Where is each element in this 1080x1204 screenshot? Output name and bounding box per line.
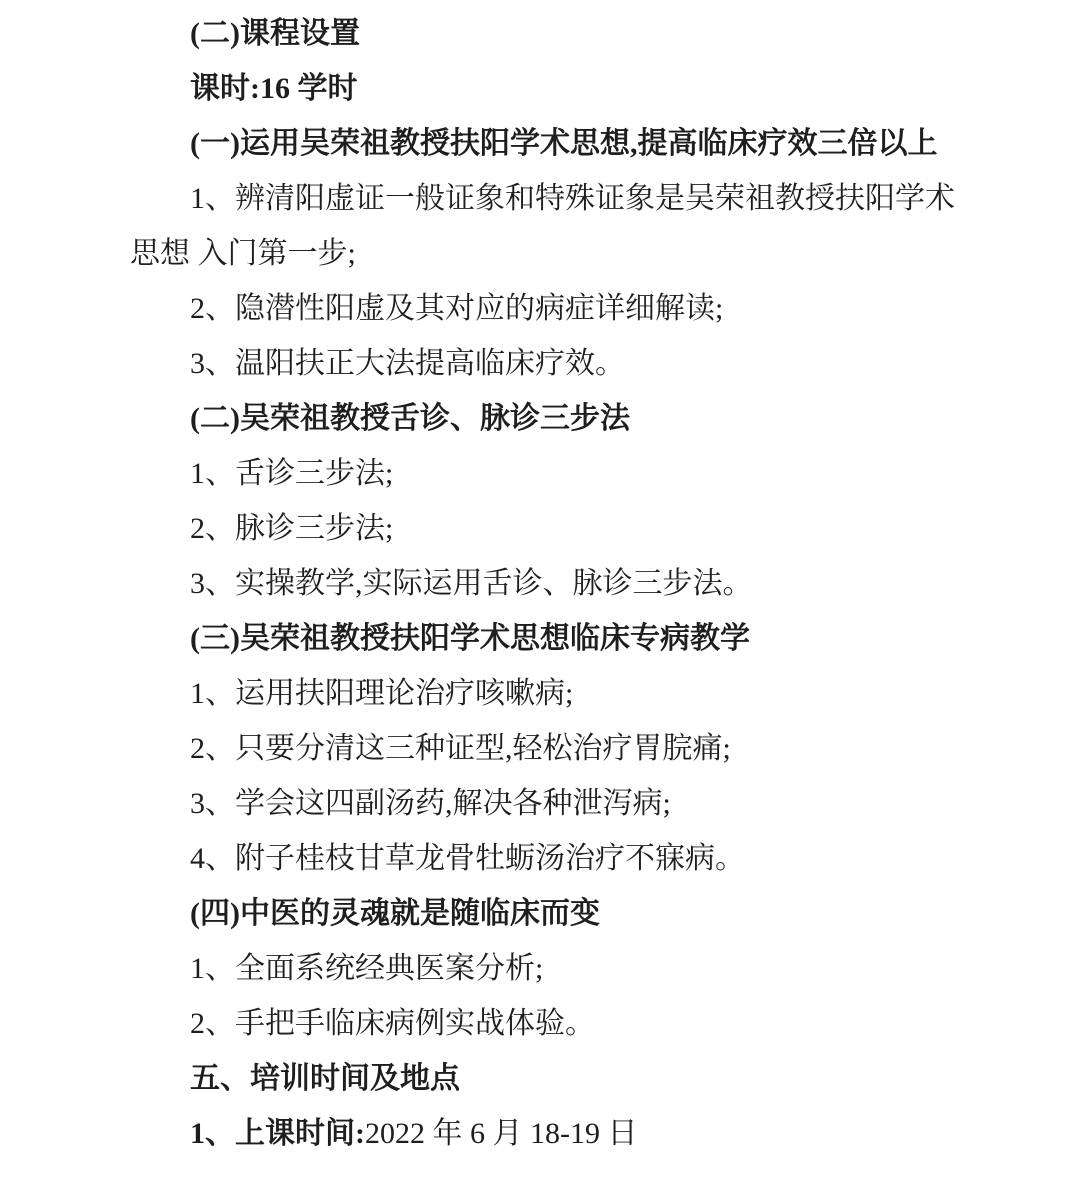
- section-heading: 课时:16 学时: [130, 61, 980, 116]
- text-segment: 3、实操教学,实际运用舌诊、脉诊三步法。: [190, 567, 753, 600]
- text-segment: 1、舌诊三步法;: [190, 457, 393, 490]
- text-segment: 五、培训时间及地点: [190, 1062, 460, 1095]
- text-segment: 2、只要分清这三种证型,轻松治疗胃脘痛;: [190, 732, 731, 765]
- text-segment: 课时:16 学时: [190, 72, 358, 105]
- text-segment: 2、隐潜性阳虚及其对应的病症详细解读;: [190, 292, 723, 325]
- section-heading: (二)课程设置: [130, 6, 980, 61]
- list-item: 2、手把手临床病例实战体验。: [130, 996, 980, 1051]
- list-item: 1、舌诊三步法;: [130, 446, 980, 501]
- list-item: 1、运用扶阳理论治疗咳嗽病;: [130, 666, 980, 721]
- text-segment: 3、温阳扶正大法提高临床疗效。: [190, 347, 625, 380]
- section-heading: (四)中医的灵魂就是随临床而变: [130, 886, 980, 941]
- text-segment: 3、学会这四副汤药,解决各种泄泻病;: [190, 787, 671, 820]
- list-item: 3、学会这四副汤药,解决各种泄泻病;: [130, 776, 980, 831]
- text-segment: 2022 年 6 月 18-19 日: [365, 1117, 638, 1150]
- section-heading: (三)吴荣祖教授扶阳学术思想临床专病教学: [130, 611, 980, 666]
- text-segment: (二)吴荣祖教授舌诊、脉诊三步法: [190, 402, 630, 435]
- list-item: 1、全面系统经典医案分析;: [130, 941, 980, 996]
- section-heading: (二)吴荣祖教授舌诊、脉诊三步法: [130, 391, 980, 446]
- text-segment: (二)课程设置: [190, 17, 360, 50]
- list-item: 2、脉诊三步法;: [130, 501, 980, 556]
- list-item: 1、辨清阳虚证一般证象和特殊证象是吴荣祖教授扶阳学术思想 入门第一步;: [130, 171, 980, 281]
- list-item: 3、实操教学,实际运用舌诊、脉诊三步法。: [130, 556, 980, 611]
- text-segment: 1、全面系统经典医案分析;: [190, 952, 543, 985]
- text-segment: (三)吴荣祖教授扶阳学术思想临床专病教学: [190, 622, 750, 655]
- text-segment: 4、附子桂枝甘草龙骨牡蛎汤治疗不寐病。: [190, 842, 745, 875]
- document-body: (二)课程设置课时:16 学时(一)运用吴荣祖教授扶阳学术思想,提高临床疗效三倍…: [0, 0, 980, 1161]
- list-item: 4、附子桂枝甘草龙骨牡蛎汤治疗不寐病。: [130, 831, 980, 886]
- text-segment: (四)中医的灵魂就是随临床而变: [190, 897, 600, 930]
- list-item: 1、上课时间:2022 年 6 月 18-19 日: [130, 1106, 980, 1161]
- text-segment: 1、辨清阳虚证一般证象和特殊证象是吴荣祖教授扶阳学术思想 入门第一步;: [130, 182, 955, 270]
- section-heading: (一)运用吴荣祖教授扶阳学术思想,提高临床疗效三倍以上: [130, 116, 980, 171]
- text-segment: 2、手把手临床病例实战体验。: [190, 1007, 595, 1040]
- document-page: (二)课程设置课时:16 学时(一)运用吴荣祖教授扶阳学术思想,提高临床疗效三倍…: [0, 0, 1080, 1204]
- list-item: 2、只要分清这三种证型,轻松治疗胃脘痛;: [130, 721, 980, 776]
- text-segment: 2、脉诊三步法;: [190, 512, 393, 545]
- text-segment: (一)运用吴荣祖教授扶阳学术思想,提高临床疗效三倍以上: [190, 127, 937, 160]
- list-item: 3、温阳扶正大法提高临床疗效。: [130, 336, 980, 391]
- text-segment: 1、运用扶阳理论治疗咳嗽病;: [190, 677, 573, 710]
- text-segment: 1、上课时间:: [190, 1117, 365, 1150]
- section-heading: 五、培训时间及地点: [130, 1051, 980, 1106]
- list-item: 2、隐潜性阳虚及其对应的病症详细解读;: [130, 281, 980, 336]
